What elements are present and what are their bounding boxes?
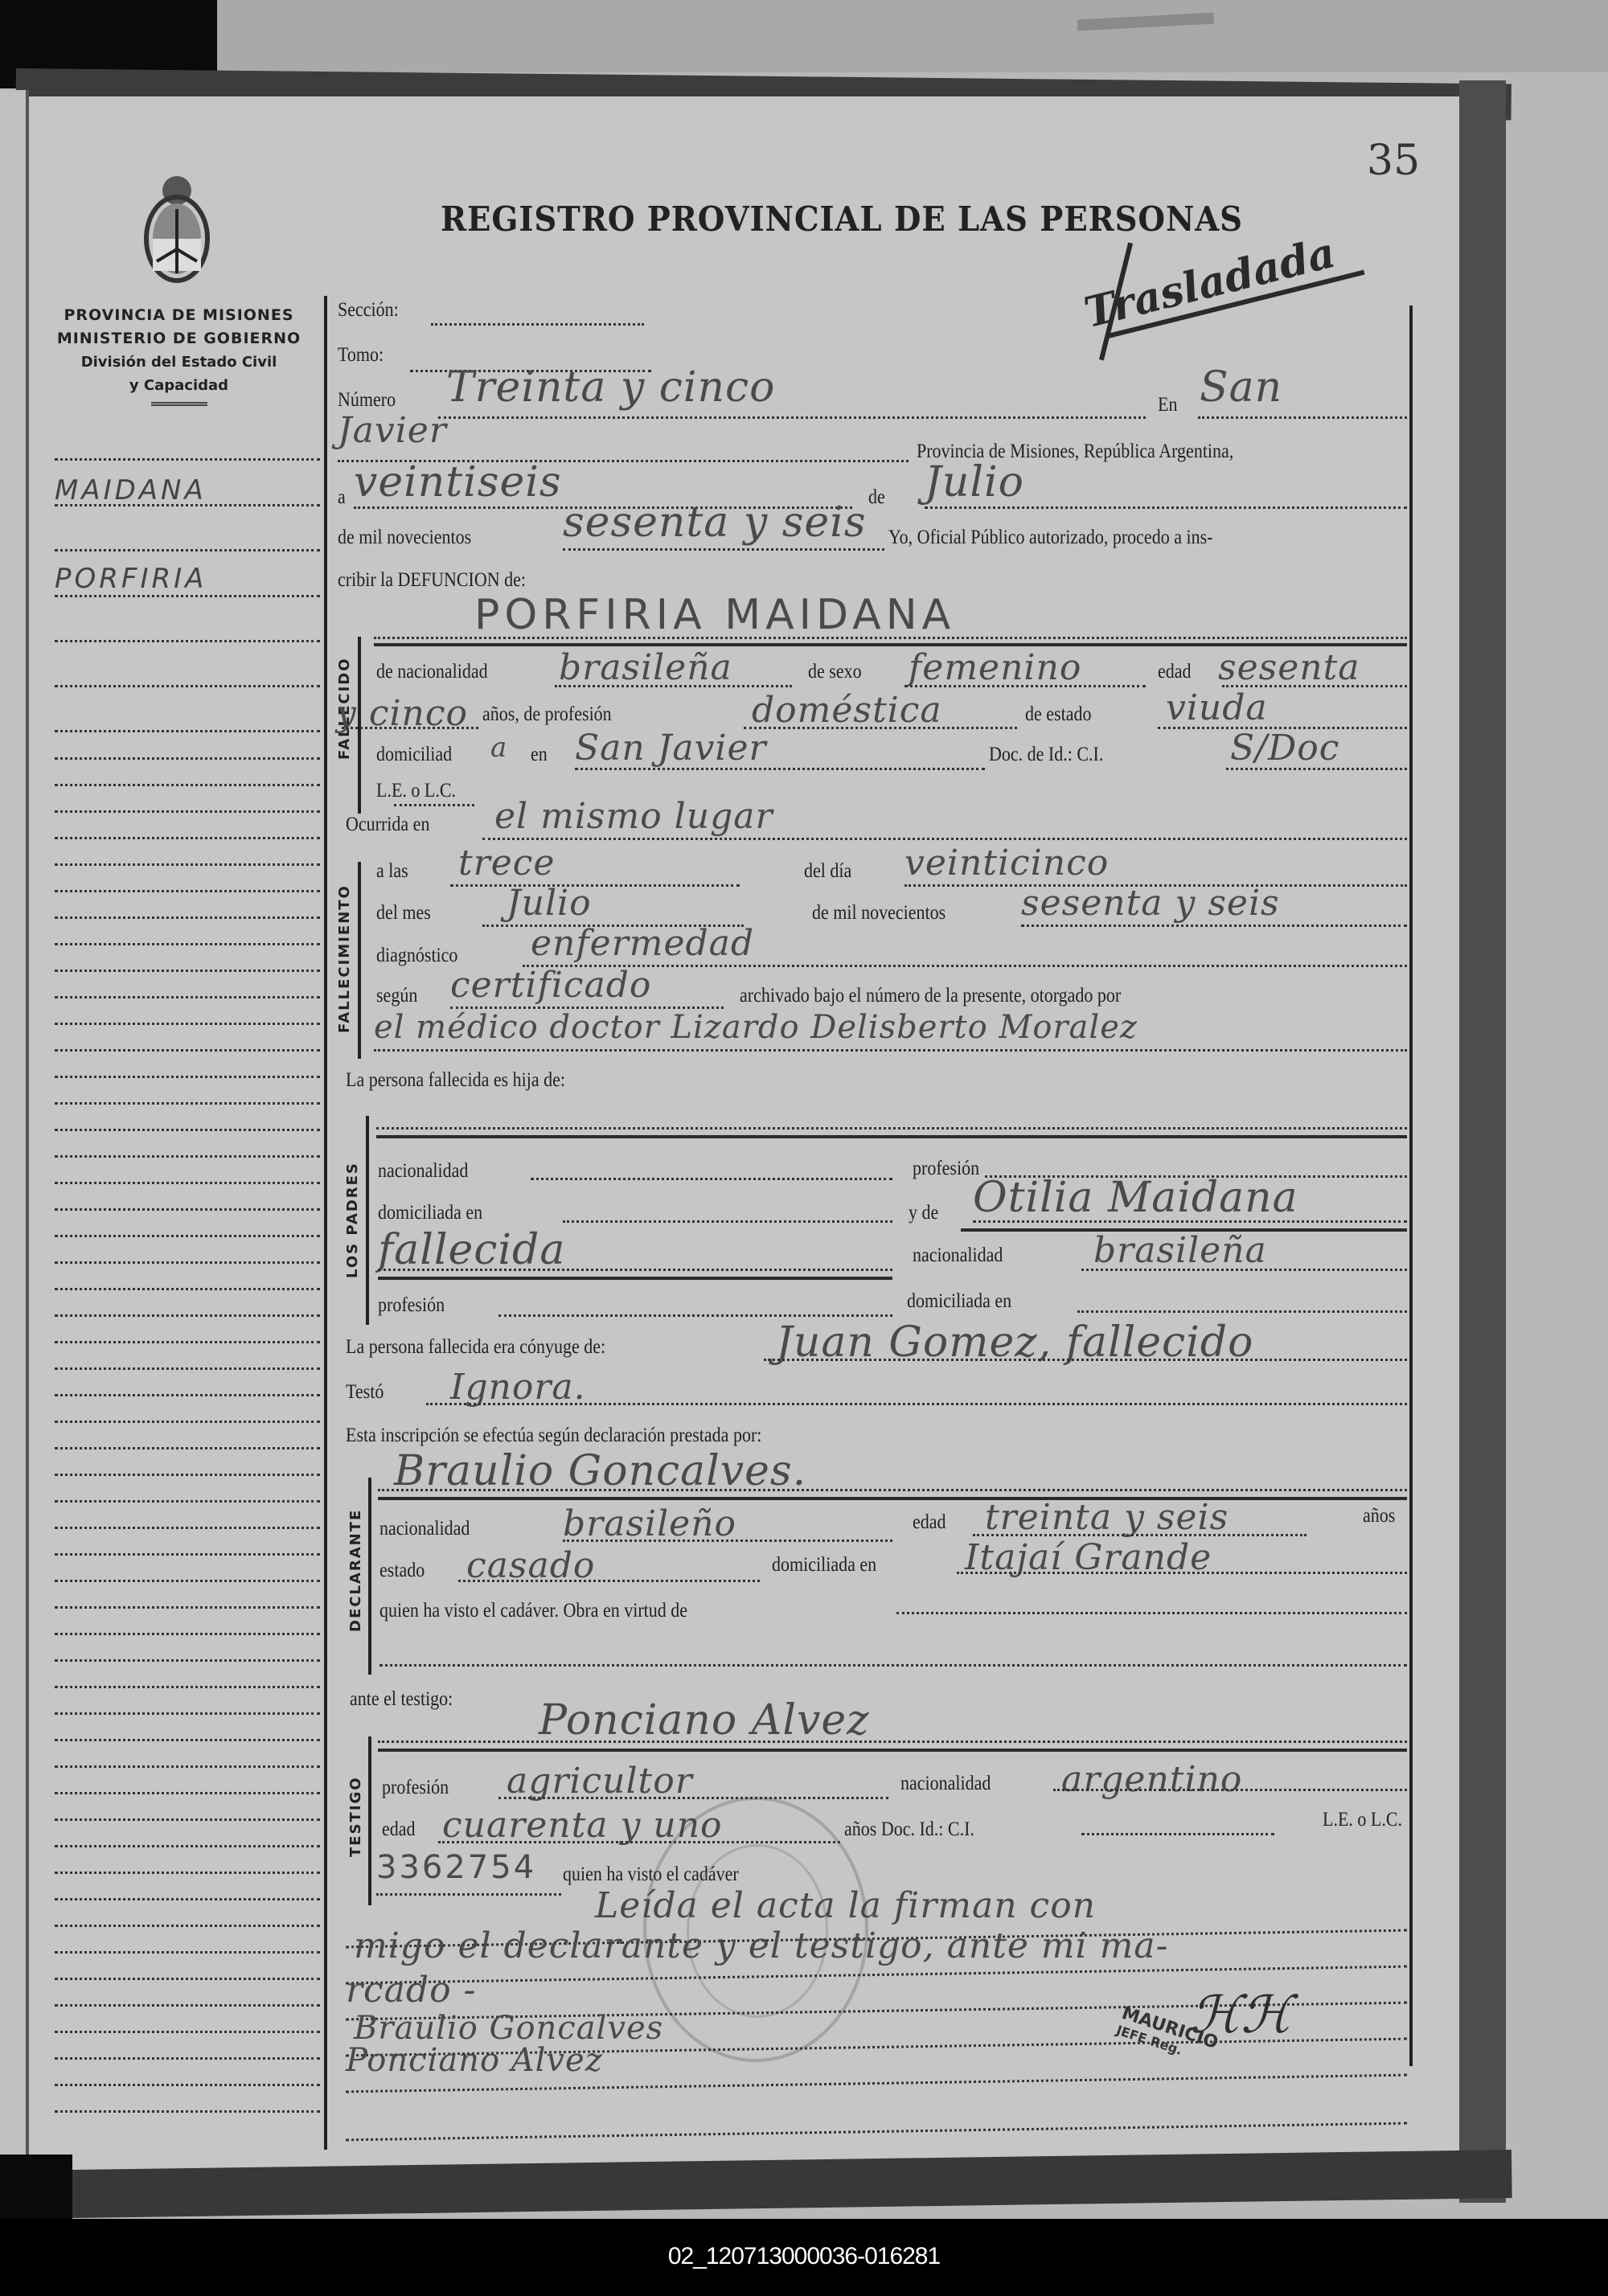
left-page-edge <box>0 90 29 2180</box>
index-line <box>55 1951 320 1954</box>
index-line <box>55 810 320 813</box>
closing-line-2: migo el declarante y el testigo, ante mi… <box>354 1925 1169 1966</box>
le-lc-label: L.E. o L.C. <box>376 780 456 802</box>
le-lc-field[interactable] <box>394 804 474 806</box>
page-title: REGISTRO PROVINCIAL DE LAS PERSONAS <box>441 199 1243 239</box>
diagnostico-value: enfermedad <box>531 923 754 964</box>
index-line <box>55 1872 320 1874</box>
testigo-profesion-field[interactable] <box>498 1797 888 1799</box>
madre-nacionalidad-label: nacionalidad <box>913 1244 1003 1267</box>
testo-field[interactable] <box>426 1403 1407 1405</box>
index-line <box>55 1765 320 1768</box>
testigo-nacionalidad-label: nacionalidad <box>900 1773 991 1795</box>
index-line <box>55 996 320 998</box>
doc-field[interactable] <box>1226 768 1407 770</box>
index-line <box>55 1129 320 1131</box>
top-adjacent-sheet <box>217 0 1608 72</box>
division-name-cont: y Capacidad <box>44 374 314 397</box>
sexo-label: de sexo <box>808 661 862 683</box>
hora-field[interactable] <box>450 884 740 887</box>
padre-domicilio-field[interactable] <box>563 1220 892 1223</box>
declarante-domicilio-field[interactable] <box>957 1572 1407 1574</box>
index-line <box>55 595 320 597</box>
index-line <box>55 1182 320 1184</box>
index-line <box>55 1925 320 1927</box>
conyuge-field[interactable] <box>764 1359 1407 1361</box>
segun-value: certificado <box>450 965 651 1006</box>
ocurrida-value: el mismo lugar <box>494 796 773 837</box>
index-line <box>55 2084 320 2086</box>
declarante-anos-label: años <box>1363 1505 1395 1527</box>
madre-label: y de <box>909 1202 938 1224</box>
image-id-label: 02_120713000036-016281 <box>0 2243 1608 2270</box>
padre-nacionalidad-label: nacionalidad <box>378 1160 468 1183</box>
doc-value: S/Doc <box>1230 728 1339 769</box>
anio-value: sesenta y seis <box>1021 883 1280 924</box>
diagnostico-field[interactable] <box>523 965 1407 967</box>
section-rule <box>378 1497 1407 1500</box>
argentina-coat-of-arms-icon <box>141 173 213 285</box>
index-line <box>55 1500 320 1503</box>
de-label: de <box>868 486 885 509</box>
place-field-1[interactable] <box>1198 416 1407 419</box>
testigo-edad-label: edad <box>382 1818 416 1841</box>
testigo-nacionalidad-field[interactable] <box>1053 1789 1407 1791</box>
archivado-text: archivado bajo el número de la presente,… <box>740 985 1121 1007</box>
section-rule <box>378 1277 892 1280</box>
day-value: veintiseis <box>354 458 562 506</box>
division-name: División del Estado Civil <box>44 351 314 374</box>
testigo-le-lc-label: L.E. o L.C. <box>1323 1809 1402 1831</box>
fallecimiento-section-bar <box>358 862 361 1059</box>
index-given-name: PORFIRIA <box>55 563 207 595</box>
madre-profesion-field[interactable] <box>498 1314 892 1317</box>
declarante-nacionalidad-label: nacionalidad <box>379 1518 470 1540</box>
officer-text: Yo, Oficial Público autorizado, procedo … <box>888 527 1212 549</box>
edad-label: edad <box>1158 661 1192 683</box>
province-name: PROVINCIA DE MISIONES <box>44 304 314 327</box>
testigo-nacionalidad-value: argentino <box>1061 1759 1242 1800</box>
index-line <box>55 1898 320 1900</box>
index-line <box>55 1049 320 1052</box>
nacionalidad-label: de nacionalidad <box>376 661 488 683</box>
form-frame-left <box>324 296 327 2150</box>
testo-label: Testó <box>346 1381 384 1404</box>
padres-section-bar <box>366 1116 369 1325</box>
domiciliado-suffix: a <box>490 732 507 764</box>
index-line <box>55 730 320 732</box>
numero-label: Número <box>338 389 396 412</box>
testigo-le-lc-value: 3362754 <box>376 1849 536 1886</box>
index-line <box>55 640 320 642</box>
index-line <box>55 970 320 972</box>
declarante-domicilio-label: domiciliada en <box>772 1554 876 1576</box>
padres-intro: La persona fallecida es hija de: <box>346 1069 565 1092</box>
testigo-profesion-label: profesión <box>382 1777 449 1799</box>
place-value-1: San <box>1200 363 1282 412</box>
madre-nombre-field[interactable] <box>973 1220 1407 1223</box>
year-value: sesenta y seis <box>563 498 867 547</box>
index-line <box>55 1553 320 1556</box>
closing-line-1: Leída el acta la firman con <box>595 1885 1096 1926</box>
index-line <box>55 1076 320 1078</box>
edad-field-2[interactable] <box>342 727 478 729</box>
index-line <box>55 1659 320 1662</box>
ocurrida-label: Ocurrida en <box>346 814 429 836</box>
declarante-nacionalidad-field[interactable] <box>563 1540 892 1542</box>
pencil-mark <box>1077 13 1214 31</box>
index-line <box>55 784 320 786</box>
sexo-value: femenino <box>909 647 1081 688</box>
segun-label: según <box>376 985 417 1007</box>
index-line <box>55 504 320 506</box>
declarante-nombre: Braulio Goncalves. <box>394 1447 806 1495</box>
hora-label: a las <box>376 860 408 883</box>
madre-domicilio-label: domiciliada en <box>907 1290 1011 1313</box>
otorgado-field[interactable] <box>374 1049 1407 1052</box>
inscribe-text: cribir la DEFUNCION de: <box>338 569 526 592</box>
index-line <box>55 458 320 461</box>
ministry-name: MINISTERIO DE GOBIERNO <box>44 327 314 351</box>
declarante-intro: Esta inscripción se efectúa según declar… <box>346 1425 761 1447</box>
numero-field[interactable] <box>438 416 1146 419</box>
testigo-doc-label: años Doc. Id.: C.I. <box>844 1818 974 1841</box>
index-line <box>55 1023 320 1025</box>
padre-nacionalidad-field[interactable] <box>531 1178 892 1180</box>
index-line <box>55 1447 320 1449</box>
tomo-label: Tomo: <box>338 344 384 367</box>
sexo-field[interactable] <box>904 685 1146 687</box>
declarante-visto-text: quien ha visto el cadáver. Obra en virtu… <box>379 1600 687 1622</box>
profesion-field[interactable] <box>744 727 1017 729</box>
month-value: Julio <box>925 458 1024 506</box>
estado-value: viuda <box>1166 687 1268 728</box>
index-line <box>55 1818 320 1821</box>
declarante-nombre-field[interactable] <box>378 1489 1407 1491</box>
month-field[interactable] <box>925 506 1407 509</box>
madre-profesion-label: profesión <box>378 1294 445 1317</box>
closing-line-3: rcado - <box>346 1970 476 2011</box>
index-line <box>55 890 320 892</box>
nacionalidad-field[interactable] <box>555 685 792 687</box>
index-line <box>55 1739 320 1741</box>
declarante-edad-field[interactable] <box>973 1534 1306 1536</box>
index-line <box>55 1394 320 1396</box>
hora-value: trece <box>458 843 555 884</box>
declarante-virtud-field[interactable] <box>896 1612 1407 1614</box>
index-line <box>55 1580 320 1582</box>
index-line <box>55 1527 320 1529</box>
conyuge-label: La persona fallecida era cónyuge de: <box>346 1336 605 1359</box>
index-line <box>55 2031 320 2033</box>
testigo-nombre: Ponciano Alvez <box>539 1696 870 1745</box>
ocurrida-field[interactable] <box>482 838 1407 840</box>
index-line <box>55 1102 320 1105</box>
declarante-edad-value: treinta y seis <box>985 1497 1229 1538</box>
madre-domicilio-field[interactable] <box>1077 1310 1407 1313</box>
diagnostico-label: diagnóstico <box>376 945 457 967</box>
index-surname: MAIDANA <box>55 474 207 506</box>
index-line <box>55 916 320 919</box>
a-label: a <box>338 486 346 509</box>
index-line <box>55 1845 320 1847</box>
nacionalidad-value: brasileña <box>559 647 732 688</box>
testigo-section-bar <box>368 1736 371 1905</box>
padre-domicilio-label: domiciliada en <box>378 1202 482 1224</box>
madre-nombre: Otilia Maidana <box>973 1174 1298 1222</box>
testigo-le-lc-field[interactable] <box>376 1893 561 1896</box>
page-number: 35 <box>1367 137 1420 185</box>
index-line <box>55 2004 320 2007</box>
madre-nacionalidad-field[interactable] <box>1081 1269 1407 1271</box>
en-label: En <box>1158 394 1177 416</box>
index-line <box>55 1633 320 1635</box>
section-rule <box>376 1135 1407 1138</box>
testo-value: Ignora. <box>450 1367 586 1408</box>
section-rule <box>374 643 1407 646</box>
double-rule <box>151 402 207 406</box>
declarante-nacionalidad-value: brasileño <box>563 1503 736 1544</box>
index-line <box>55 757 320 760</box>
seccion-field[interactable] <box>431 323 644 326</box>
mes-value: Julio <box>507 883 592 924</box>
dark-corner-bottom <box>0 2155 72 2219</box>
dia-value: veinticinco <box>904 843 1109 884</box>
madre-estado: fallecida <box>378 1226 565 1274</box>
index-line <box>55 837 320 839</box>
declarante-section-tag: DECLARANTE <box>347 1509 364 1632</box>
anos-profesion-label: años, de profesión <box>482 703 612 726</box>
madre-estado-field[interactable] <box>378 1269 892 1271</box>
testigo-section-tag: TESTIGO <box>347 1776 364 1857</box>
section-rule <box>378 1749 1407 1752</box>
index-line <box>55 1341 320 1343</box>
dia-label: del día <box>804 860 851 883</box>
deceased-name: PORFIRIA MAIDANA <box>474 591 955 639</box>
book-cover-right-edge <box>1459 80 1506 2203</box>
index-line <box>55 1792 320 1794</box>
anio-field[interactable] <box>1021 925 1407 927</box>
index-line <box>55 1474 320 1476</box>
index-line <box>55 2057 320 2060</box>
domicilio-value: San Javier <box>575 728 767 769</box>
index-line <box>55 1686 320 1688</box>
index-line <box>55 943 320 945</box>
edad-value-1: sesenta <box>1218 647 1360 688</box>
year-label: de mil novecientos <box>338 527 471 549</box>
index-line <box>55 1978 320 1980</box>
testigo-doc-field[interactable] <box>1081 1833 1274 1835</box>
testigo-nombre-field[interactable] <box>378 1740 1407 1743</box>
numero-value: Treinta y cinco <box>446 363 775 412</box>
declarante-estado-label: estado <box>379 1560 425 1582</box>
doc-label: Doc. de Id.: C.I. <box>989 744 1103 766</box>
index-line <box>55 1288 320 1290</box>
padres-section-tag: LOS PADRES <box>344 1162 361 1278</box>
madre-nacionalidad-value: brasileña <box>1093 1230 1267 1271</box>
index-line <box>55 1421 320 1423</box>
ministry-header: PROVINCIA DE MISIONES MINISTERIO DE GOBI… <box>44 304 314 406</box>
mes-label: del mes <box>376 902 431 925</box>
index-line <box>55 1712 320 1715</box>
padre-nombre-field[interactable] <box>376 1127 1407 1130</box>
declarante-extra-field[interactable] <box>379 1664 1407 1667</box>
index-line <box>55 863 320 866</box>
index-line <box>55 1155 320 1158</box>
declarante-estado-field[interactable] <box>458 1580 760 1582</box>
index-line <box>55 1235 320 1237</box>
testigo-intro: ante el testigo: <box>350 1688 453 1711</box>
domiciliado-label: domiciliad <box>376 744 452 766</box>
form-frame-right <box>1409 305 1413 2066</box>
index-line <box>55 1261 320 1264</box>
fallecimiento-section-tag: FALLECIMIENTO <box>336 884 353 1033</box>
estado-label: de estado <box>1025 703 1091 726</box>
index-line <box>55 1314 320 1317</box>
index-line <box>55 1208 320 1211</box>
profesion-value: doméstica <box>752 690 942 731</box>
declarante-section-bar <box>368 1478 371 1675</box>
domicilio-en-label: en <box>531 744 548 766</box>
deceased-name-field[interactable] <box>374 637 1407 639</box>
testigo-profesion-value: agricultor <box>507 1761 693 1802</box>
index-line <box>55 549 320 551</box>
signature-testigo: Ponciano Alvez <box>346 2042 603 2079</box>
anio-label: de mil novecientos <box>812 902 946 925</box>
declarante-edad-label: edad <box>913 1511 946 1534</box>
year-field[interactable] <box>563 548 884 551</box>
index-line <box>55 2110 320 2113</box>
place-value-2: Javier <box>338 410 447 451</box>
otorgado-value: el médico doctor Lizardo Delisberto Mora… <box>374 1009 1138 1046</box>
index-line <box>55 1606 320 1609</box>
padre-profesion-label: profesión <box>913 1158 979 1180</box>
seccion-label: Sección: <box>338 299 399 322</box>
index-line <box>55 685 320 687</box>
index-line <box>55 1367 320 1370</box>
domicilio-field[interactable] <box>575 768 985 770</box>
